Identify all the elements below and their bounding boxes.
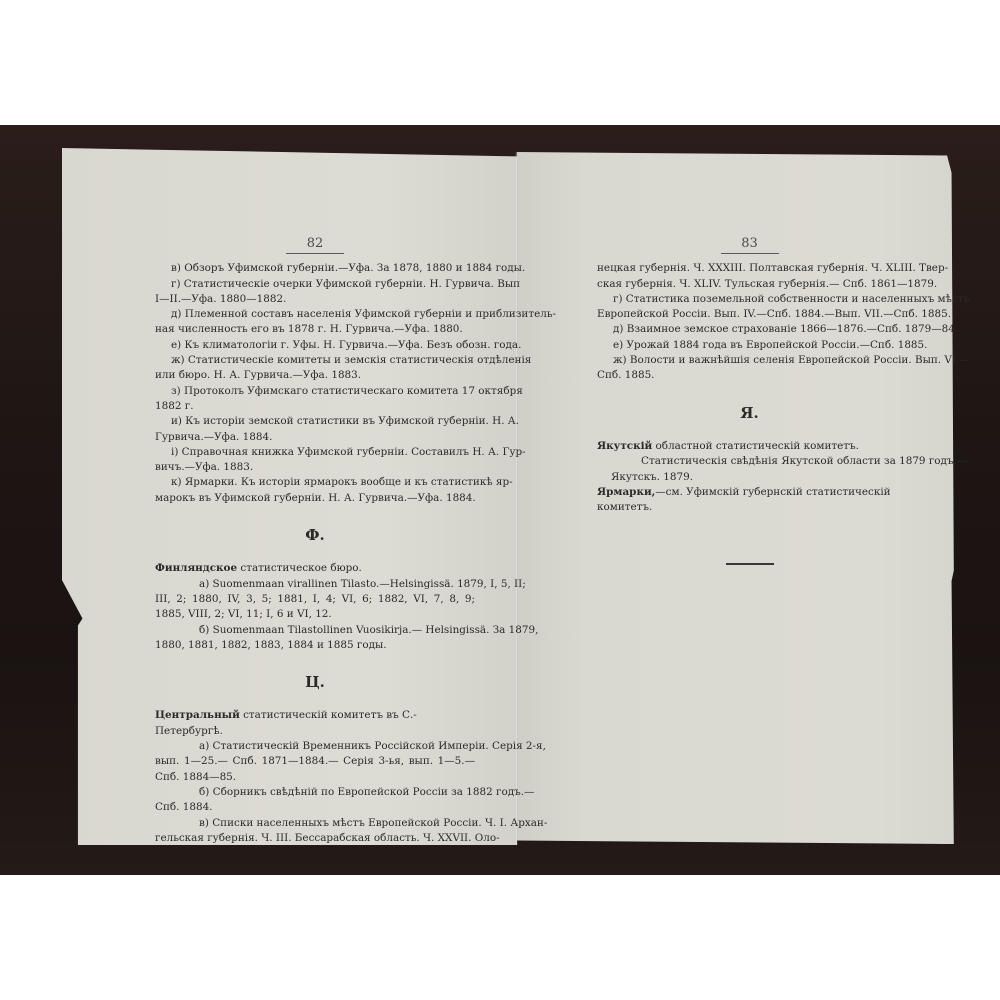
text-line: нецкая губернія. Ч. XXXIII. Полтавская г… — [597, 261, 902, 276]
page-number-right: 83 — [597, 236, 902, 254]
entry-title: Ярмарки, — [597, 486, 655, 498]
text-line: гельская губернія. Ч. III. Бессарабская … — [155, 831, 475, 846]
yakutsk-item: Статистическія свѣдѣнія Якутской области… — [597, 454, 902, 485]
text-line: а) Suomenmaan virallinen Tilasto.—Helsin… — [155, 577, 475, 592]
entry-yakutsk: Якутскій областной статистическій комите… — [597, 439, 902, 454]
list-item: б) Сборникъ свѣдѣній по Европейской Росс… — [155, 785, 475, 816]
text-line: Гурвича.—Уфа. 1884. — [155, 430, 475, 445]
text-line: к) Ярмарки. Къ исторіи ярмарокъ вообще и… — [155, 475, 475, 490]
text-line: Европейской Россіи. Вып. IV.—Спб. 1884.—… — [597, 307, 902, 322]
text-line: 1880, 1881, 1882, 1883, 1884 и 1885 годы… — [155, 638, 475, 653]
list-item: г) Статистика поземельной собственности … — [597, 292, 902, 323]
section-letter-ya: Я. — [597, 406, 902, 421]
list-item: а) Suomenmaan virallinen Tilasto.—Helsin… — [155, 577, 475, 623]
text-line: б) Сборникъ свѣдѣній по Европейской Росс… — [155, 785, 475, 800]
entry-fairs: Ярмарки,—см. Уфимскій губернскій статист… — [597, 485, 902, 516]
right-items: г) Статистика поземельной собственности … — [597, 292, 902, 384]
text-line: 1882 г. — [155, 399, 475, 414]
text-line: е) Урожай 1884 года въ Европейской Россі… — [597, 338, 902, 353]
ufa-items: в) Обзоръ Уфимской губерніи.—Уфа. За 187… — [155, 261, 475, 506]
text-line: з) Протоколъ Уфимскаго статистическаго к… — [155, 384, 475, 399]
central-items: а) Статистическій Временникъ Россійской … — [155, 739, 475, 846]
finland-items: а) Suomenmaan virallinen Tilasto.—Helsin… — [155, 577, 475, 653]
text-line: б) Suomenmaan Tilastollinen Vuosikirja.—… — [155, 623, 475, 638]
text-line: марокъ въ Уфимской губерніи. Н. А. Гурви… — [155, 491, 475, 506]
text-line: е) Къ климатологіи г. Уфы. Н. Гурвича.—У… — [155, 338, 475, 353]
right-page-text: 83 нецкая губернія. Ч. XXXIII. Полтавска… — [597, 236, 902, 565]
list-item: и) Къ исторіи земской статистики въ Уфим… — [155, 414, 475, 445]
list-item: з) Протоколъ Уфимскаго статистическаго к… — [155, 384, 475, 415]
text-line: г) Статистическіе очерки Уфимской губерн… — [155, 277, 475, 292]
text-line: Якутскъ. 1879. — [597, 470, 902, 485]
text-line: ж) Статистическіе комитеты и земскія ста… — [155, 353, 475, 368]
text-line: ная численность его въ 1878 г. Н. Гурвич… — [155, 322, 475, 337]
entry-title: Якутскій — [597, 440, 652, 452]
text-line: і) Справочная книжка Уфимской губерніи. … — [155, 445, 475, 460]
continuation-lines: нецкая губернія. Ч. XXXIII. Полтавская г… — [597, 261, 902, 292]
text-line: или бюро. Н. А. Гурвича.—Уфа. 1883. — [155, 368, 475, 383]
text-line: ская губернія. Ч. XLIV. Тульская губерні… — [597, 277, 902, 292]
text-line: в) Списки населенныхъ мѣстъ Европейской … — [155, 816, 475, 831]
list-item: г) Статистическіе очерки Уфимской губерн… — [155, 277, 475, 308]
list-item: ж) Волости и важнѣйшія селенія Европейск… — [597, 353, 902, 384]
section-letter-f: Ф. — [155, 528, 475, 543]
section-letter-ts: Ц. — [155, 675, 475, 690]
text-line: I—II.—Уфа. 1880—1882. — [155, 292, 475, 307]
list-item: а) Статистическій Временникъ Россійской … — [155, 739, 475, 785]
text-line: III, 2; 1880, IV, 3, 5; 1881, I, 4; VI, … — [155, 592, 475, 607]
text-line: а) Статистическій Временникъ Россійской … — [155, 739, 475, 754]
text-line: вичъ.—Уфа. 1883. — [155, 460, 475, 475]
text-line: г) Статистика поземельной собственности … — [597, 292, 902, 307]
text-line: д) Племенной составъ населенія Уфимской … — [155, 307, 475, 322]
left-page-text: 82 в) Обзоръ Уфимской губерніи.—Уфа. За … — [155, 236, 475, 846]
list-item: в) Обзоръ Уфимской губерніи.—Уфа. За 187… — [155, 261, 475, 276]
list-item: в) Списки населенныхъ мѣстъ Европейской … — [155, 816, 475, 847]
text-line: Статистическія свѣдѣнія Якутской области… — [597, 454, 902, 469]
list-item: Статистическія свѣдѣнія Якутской области… — [597, 454, 902, 485]
entry-title: Центральный — [155, 709, 240, 721]
list-item: д) Племенной составъ населенія Уфимской … — [155, 307, 475, 338]
entry-finland: Финляндское статистическое бюро. — [155, 561, 475, 576]
entry-title: Финляндское — [155, 562, 237, 574]
page-number-left: 82 — [155, 236, 475, 254]
text-line: д) Взаимное земское страхованіе 1866—187… — [597, 322, 902, 337]
text-line: в) Обзоръ Уфимской губерніи.—Уфа. За 187… — [155, 261, 475, 276]
text-line: и) Къ исторіи земской статистики въ Уфим… — [155, 414, 475, 429]
text-line: вып. 1—25.— Спб. 1871—1884.— Серія 3-ья,… — [155, 754, 475, 769]
text-line: ж) Волости и важнѣйшія селенія Европейск… — [597, 353, 902, 368]
entry-subtitle: статистическое бюро. — [237, 562, 362, 574]
list-item: б) Suomenmaan Tilastollinen Vuosikirja.—… — [155, 623, 475, 654]
text-line: Спб. 1884. — [155, 800, 475, 815]
text-line: Спб. 1884—85. — [155, 770, 475, 785]
list-item: к) Ярмарки. Къ исторіи ярмарокъ вообще и… — [155, 475, 475, 506]
list-item: е) Урожай 1884 года въ Европейской Россі… — [597, 338, 902, 353]
list-item: д) Взаимное земское страхованіе 1866—187… — [597, 322, 902, 337]
list-item: нецкая губернія. Ч. XXXIII. Полтавская г… — [597, 261, 902, 292]
list-item: е) Къ климатологіи г. Уфы. Н. Гурвича.—У… — [155, 338, 475, 353]
text-line: Спб. 1885. — [597, 368, 902, 383]
end-rule — [726, 563, 774, 565]
list-item: і) Справочная книжка Уфимской губерніи. … — [155, 445, 475, 476]
entry-subtitle: областной статистическій комитетъ. — [652, 440, 859, 452]
text-line: 1885, VIII, 2; VI, 11; I, 6 и VI, 12. — [155, 607, 475, 622]
entry-central: Центральный статистическій комитетъ въ С… — [155, 708, 475, 739]
list-item: ж) Статистическіе комитеты и земскія ста… — [155, 353, 475, 384]
